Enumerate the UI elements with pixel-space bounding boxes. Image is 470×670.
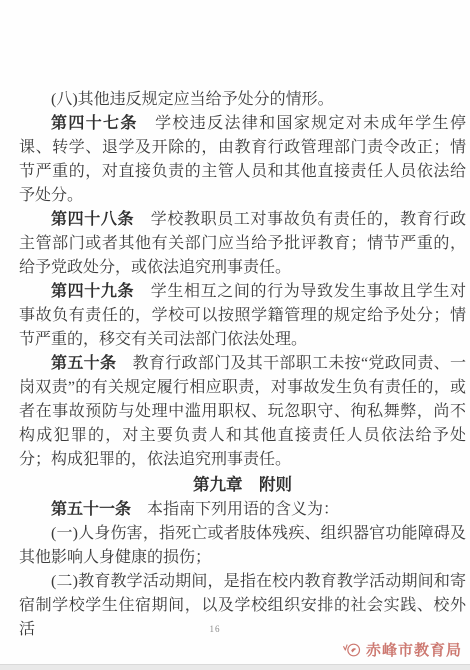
paragraph: 第四十七条 学校违反法律和国家规定对未成年学生停课、转学、退学及开除的，由教育行… <box>19 112 466 208</box>
document-body: (八)其他违反规定应当给予处分的情形。第四十七条 学校违反法律和国家规定对未成年… <box>19 88 466 642</box>
page-number: 16 <box>0 624 430 634</box>
article-number: 第四十七条 <box>51 115 138 132</box>
scanned-document-page: (八)其他违反规定应当给予处分的情形。第四十七条 学校违反法律和国家规定对未成年… <box>0 0 470 670</box>
paragraphs-before-chapter: (八)其他违反规定应当给予处分的情形。第四十七条 学校违反法律和国家规定对未成年… <box>19 88 466 472</box>
watermark-text: 赤峰市教育局 <box>366 639 462 660</box>
paragraphs-after-chapter: 第五十一条 本指南下列用语的含义为：(一)人身伤害，指死亡或者肢体残疾、组织器官… <box>19 498 466 642</box>
paragraph: 第五十一条 本指南下列用语的含义为： <box>19 498 466 522</box>
paragraph: (八)其他违反规定应当给予处分的情形。 <box>19 88 466 112</box>
paragraph: 第四十九条 学生相互之间的行为导致发生事故且学生对事故负有责任的，学校可以按照学… <box>19 280 466 352</box>
chapter-heading: 第九章 附则 <box>19 472 466 498</box>
paragraph: (一)人身伤害，指死亡或者肢体残疾、组织器官功能障碍及其他影响人身健康的损伤； <box>19 522 466 570</box>
paragraph: 第五十条 教育行政部门及其干部职工未按“党政同责、一岗双责”的有关规定履行相应职… <box>19 352 466 472</box>
article-number: 第五十一条 <box>51 501 131 518</box>
article-number: 第四十九条 <box>51 283 134 300</box>
paragraph: 第四十八条 学校教职员工对事故负有责任的，教育行政主管部门或者其他有关部门应当给… <box>19 208 466 280</box>
article-number: 第五十条 <box>51 355 116 372</box>
article-number: 第四十八条 <box>51 211 134 228</box>
page-bottom-edge <box>0 664 470 670</box>
watermark: 赤峰市教育局 <box>342 639 462 660</box>
education-bureau-emblem-icon <box>342 640 362 660</box>
